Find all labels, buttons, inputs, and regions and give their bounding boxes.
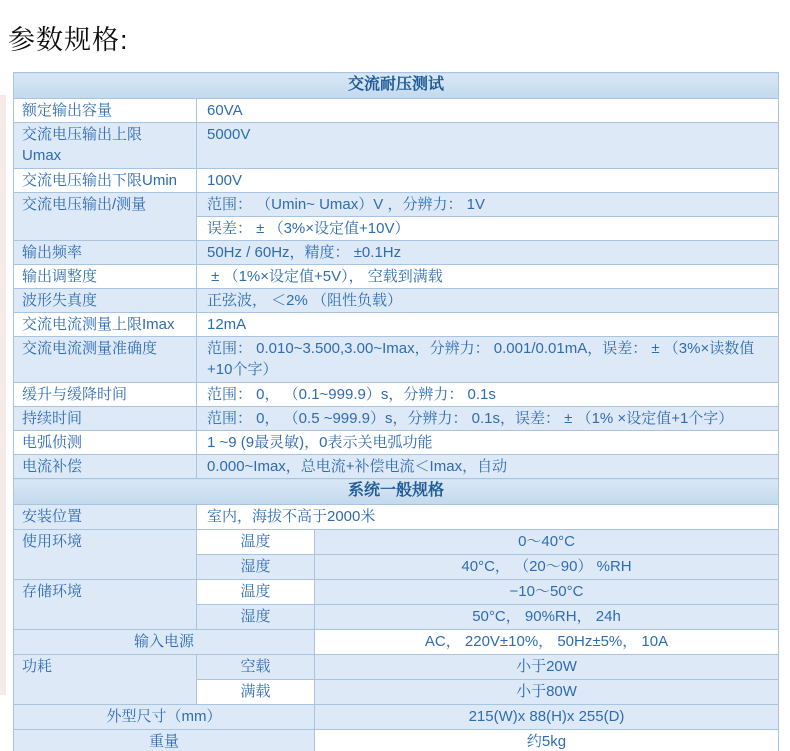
spec-label: 功耗: [14, 655, 197, 705]
spec-value: 正弦波， ＜2% （阻性负载）: [197, 289, 779, 313]
sub-label: 温度: [197, 530, 315, 555]
spec-label: 输出调整度: [14, 265, 197, 289]
sub-label: 温度: [197, 580, 315, 605]
sub-value: −10～50°C: [315, 580, 779, 605]
spec-value: 范围： 0.010~3.500,3.00~Imax，分辨力： 0.001/0.0…: [197, 337, 779, 383]
page-title: 参数规格:: [8, 18, 129, 57]
spec-label: 额定输出容量: [14, 99, 197, 123]
sub-label: 湿度: [197, 555, 315, 580]
page-edge-artifact: [0, 95, 6, 695]
spec-label: 重量: [14, 730, 315, 751]
spec-value: 误差： ± （3%×设定值+10V）: [197, 217, 779, 241]
sub-value: 小于80W: [315, 680, 779, 705]
spec-label: 持续时间: [14, 407, 197, 431]
spec-label: 交流电压输出上限 Umax: [14, 123, 197, 169]
spec-value: 60VA: [197, 99, 779, 123]
spec-value: 215(W)x 88(H)x 255(D): [315, 705, 779, 730]
sub-value: 小于20W: [315, 655, 779, 680]
spec-value: ± （1%×设定值+5V）， 空载到满载: [197, 265, 779, 289]
sub-value: 50°C， 90%RH， 24h: [315, 605, 779, 630]
spec-value: 范围： 0， （0.1~999.9）s，分辨力： 0.1s: [197, 383, 779, 407]
spec-label: 输入电源: [14, 630, 315, 655]
sub-label: 空载: [197, 655, 315, 680]
spec-label: 电流补偿: [14, 455, 197, 479]
spec-value: 0.000~Imax，总电流+补偿电流＜Imax，自动: [197, 455, 779, 479]
sub-label: 满载: [197, 680, 315, 705]
spec-value: 12mA: [197, 313, 779, 337]
spec-label: 交流电压输出下限Umin: [14, 169, 197, 193]
spec-value: 100V: [197, 169, 779, 193]
spec-value: 5000V: [197, 123, 779, 169]
spec-label: 交流电压输出/测量: [14, 193, 197, 241]
sub-label: 湿度: [197, 605, 315, 630]
spec-value: 约5kg: [315, 730, 779, 751]
spec-label: 交流电流测量准确度: [14, 337, 197, 383]
spec-label: 安装位置: [14, 505, 197, 530]
spec-label: 交流电流测量上限Imax: [14, 313, 197, 337]
spec-label: 外型尺寸（mm）: [14, 705, 315, 730]
spec-value: 50Hz / 60Hz，精度： ±0.1Hz: [197, 241, 779, 265]
spec-value: 室内，海拔不高于2000米: [197, 505, 779, 530]
spec-label: 波形失真度: [14, 289, 197, 313]
spec-value: 范围： 0， （0.5 ~999.9）s，分辨力： 0.1s，误差： ± （1%…: [197, 407, 779, 431]
section2-header: 系统一般规格: [14, 479, 779, 505]
sub-value: 40°C， （20～90） %RH: [315, 555, 779, 580]
spec-label: 存储环境: [14, 580, 197, 630]
spec-value: 范围： （Umin~ Umax）V ，分辨力： 1V: [197, 193, 779, 217]
spec-label: 使用环境: [14, 530, 197, 580]
sub-value: 0～40°C: [315, 530, 779, 555]
spec-label: 输出频率: [14, 241, 197, 265]
section1-header: 交流耐压测试: [14, 73, 779, 99]
spec-label: 电弧侦测: [14, 431, 197, 455]
spec-value: 1 ~9 (9最灵敏)，0表示关电弧功能: [197, 431, 779, 455]
spec-label: 缓升与缓降时间: [14, 383, 197, 407]
spec-value: AC， 220V±10%， 50Hz±5%， 10A: [315, 630, 779, 655]
spec-page: 参数规格: 交流耐压测试 额定输出容量 60VA 交流电压输出上限 Umax 5…: [0, 0, 790, 751]
spec-table: 交流耐压测试 额定输出容量 60VA 交流电压输出上限 Umax 5000V 交…: [13, 72, 779, 751]
